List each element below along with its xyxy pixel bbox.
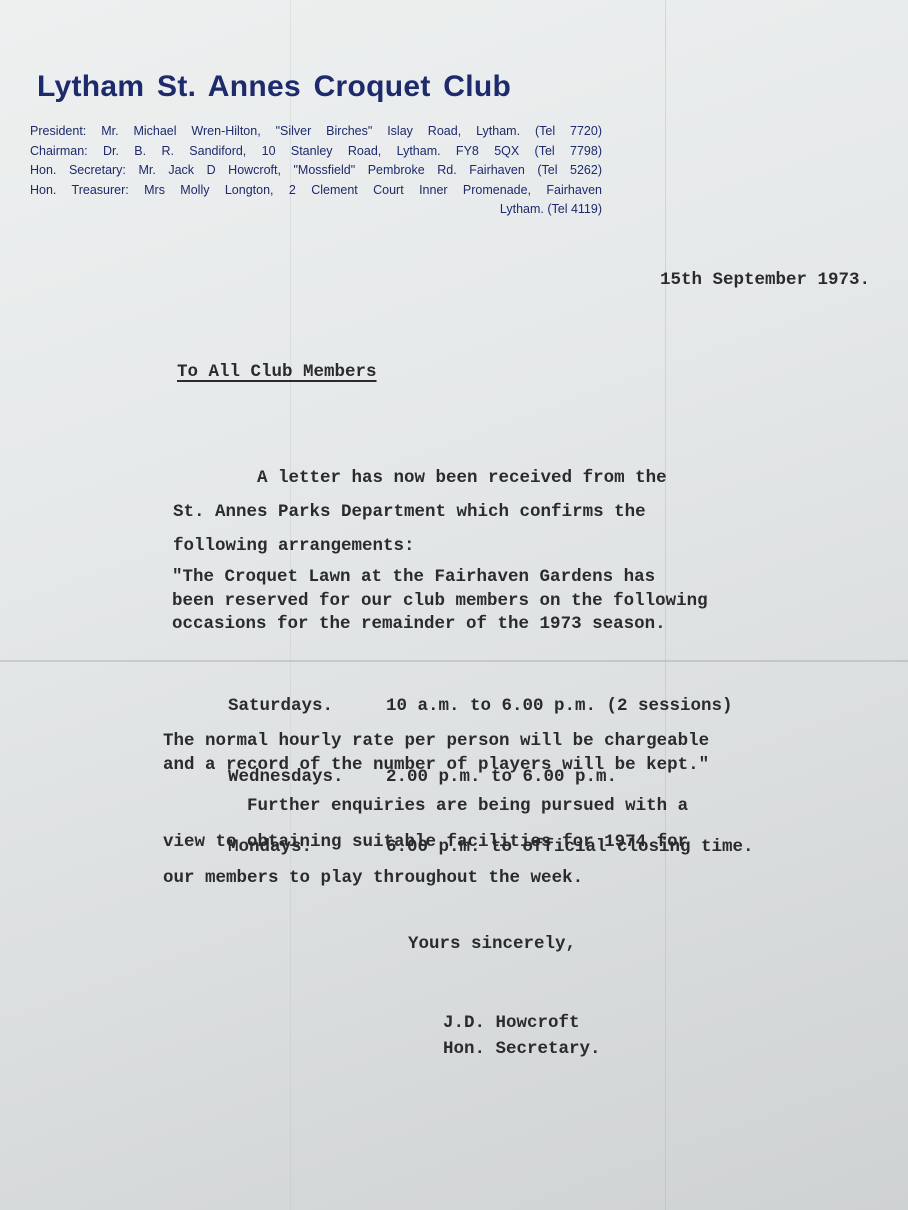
text-line: our members to play throughout the week. (163, 860, 688, 896)
officer-president: President: Mr. Michael Wren-Hilton, "Sil… (30, 122, 602, 142)
letter-date: 15th September 1973. (660, 270, 870, 290)
officer-treasurer: Hon. Treasurer: Mrs Molly Longton, 2 Cle… (30, 181, 602, 201)
rate-note: The normal hourly rate per person will b… (163, 730, 709, 777)
text-line: been reserved for our club members on th… (172, 590, 708, 614)
text-line: "The Croquet Lawn at the Fairhaven Garde… (172, 566, 708, 590)
officer-secretary: Hon. Secretary: Mr. Jack D Howcroft, "Mo… (30, 161, 602, 181)
closing: Yours sincerely, (408, 934, 576, 954)
letterhead: Lytham St. Annes Croquet Club President:… (30, 70, 602, 220)
text-line: and a record of the number of players wi… (163, 754, 709, 778)
salutation: To All Club Members (177, 362, 377, 382)
signature-block: J.D. HowcroftHon. Secretary. (443, 1010, 601, 1062)
text-line: St. Annes Parks Department which confirm… (173, 495, 667, 529)
quoted-arrangement: "The Croquet Lawn at the Fairhaven Garde… (172, 566, 708, 637)
officer-chairman: Chairman: Dr. B. R. Sandiford, 10 Stanle… (30, 142, 602, 162)
text-line: following arrangements: (173, 529, 667, 563)
club-name: Lytham St. Annes Croquet Club (37, 70, 602, 104)
schedule-row: Saturdays.10 a.m. to 6.00 p.m. (2 sessio… (228, 695, 754, 719)
paragraph-1: A letter has now been received from theS… (173, 461, 667, 563)
schedule-day: Saturdays. (228, 695, 386, 719)
signature-title: Hon. Secretary. (443, 1036, 601, 1062)
text-line: A letter has now been received from the (173, 461, 667, 495)
signature-name: J.D. Howcroft (443, 1010, 601, 1036)
text-line: The normal hourly rate per person will b… (163, 730, 709, 754)
paragraph-2: Further enquiries are being pursued with… (163, 788, 688, 896)
officer-treasurer-continued: Lytham. (Tel 4119) (30, 200, 602, 220)
text-line: occasions for the remainder of the 1973 … (172, 613, 708, 637)
officers-list: President: Mr. Michael Wren-Hilton, "Sil… (30, 122, 602, 220)
schedule-time: 10 a.m. to 6.00 p.m. (2 sessions) (386, 695, 733, 719)
text-line: Further enquiries are being pursued with… (163, 788, 688, 824)
text-line: view to obtaining suitable facilities fo… (163, 824, 688, 860)
